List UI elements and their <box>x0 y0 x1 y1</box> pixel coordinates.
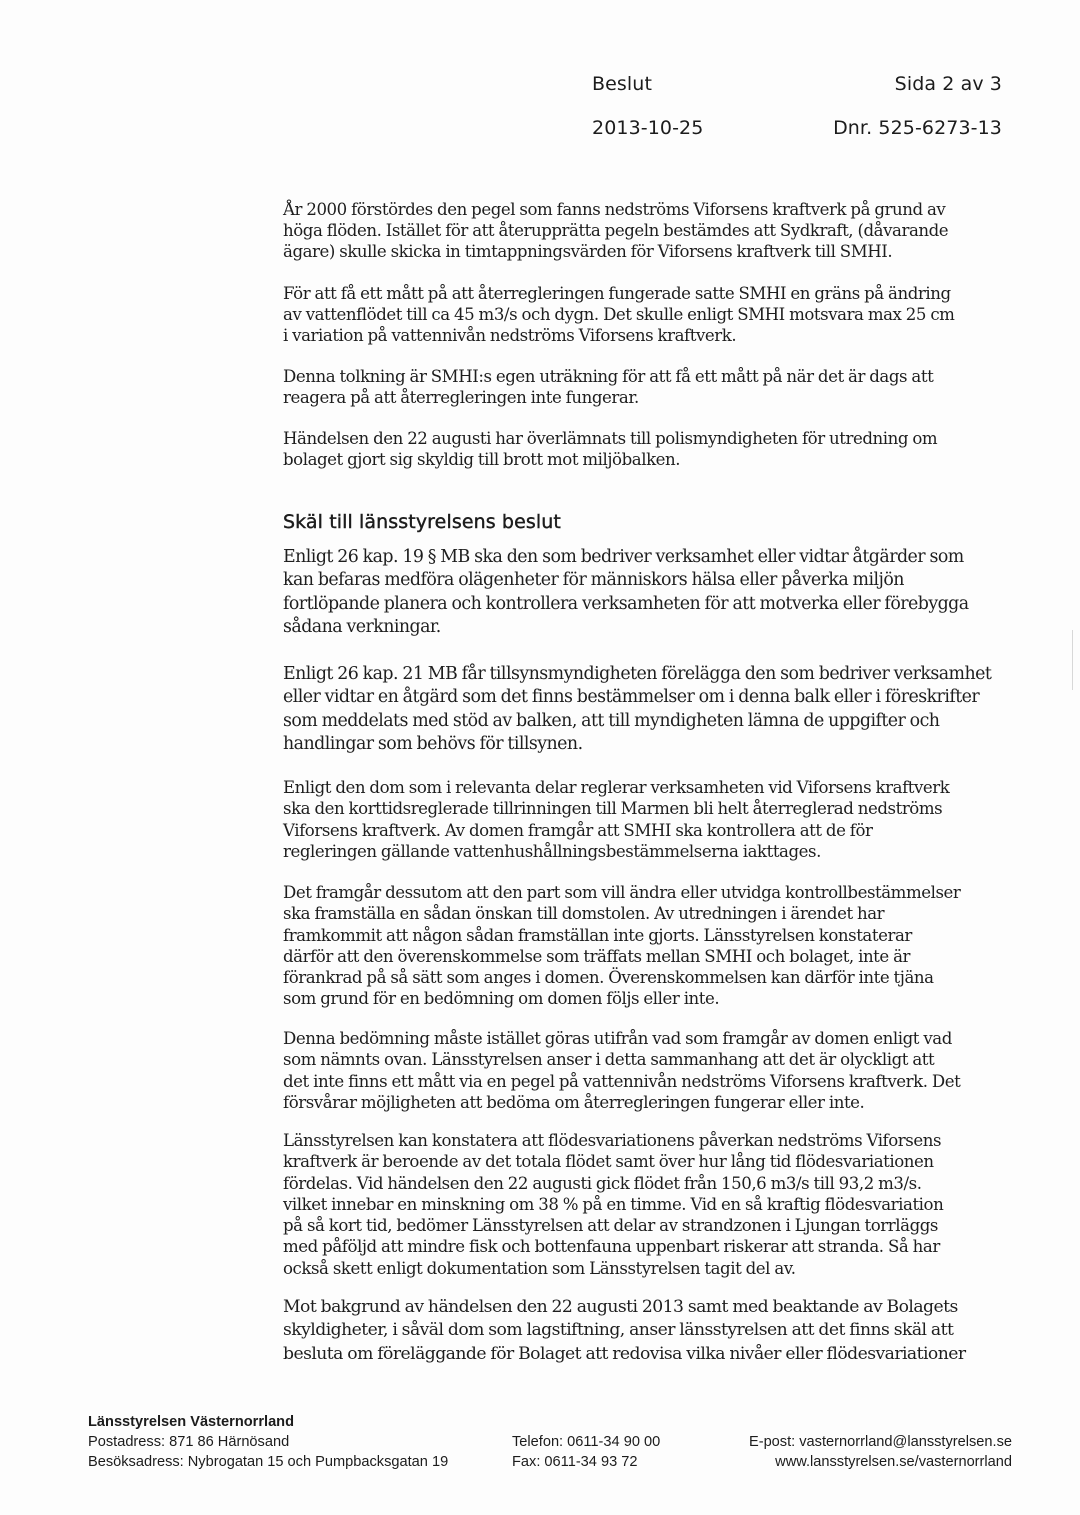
footer-email: E-post: vasternorrland@lansstyrelsen.se <box>749 1432 1012 1452</box>
footer-contact-web-block: E-post: vasternorrland@lansstyrelsen.se … <box>749 1432 1012 1472</box>
footer-address-block: Länsstyrelsen Västernorrland Postadress:… <box>88 1412 448 1472</box>
document-type: Beslut <box>592 73 652 95</box>
intro-paragraph-1: År 2000 förstördes den pegel som fanns n… <box>283 199 1003 263</box>
scan-artifact-line <box>1072 630 1073 690</box>
paragraph-text: För att få ett mått på att återreglering… <box>283 283 1003 347</box>
paragraph-text: Enligt 26 kap. 21 MB får tillsynsmyndigh… <box>283 663 1003 757</box>
paragraph-text: Länsstyrelsen kan konstatera att flödesv… <box>283 1130 1003 1279</box>
document-reference-number: Dnr. 525-6273-13 <box>833 117 1002 139</box>
section-paragraph-7: Mot bakgrund av händelsen den 22 augusti… <box>283 1296 1003 1366</box>
section-paragraph-5: Denna bedömning måste istället göras uti… <box>283 1028 1003 1113</box>
paragraph-text: År 2000 förstördes den pegel som fanns n… <box>283 199 1003 263</box>
intro-paragraph-2: För att få ett mått på att återreglering… <box>283 283 1003 347</box>
section-heading: Skäl till länsstyrelsens beslut <box>283 511 561 533</box>
footer-postal-address: Postadress: 871 86 Härnösand <box>88 1432 448 1452</box>
section-paragraph-1: Enligt 26 kap. 19 § MB ska den som bedri… <box>283 546 1003 640</box>
intro-paragraph-3: Denna tolkning är SMHI:s egen uträkning … <box>283 366 1003 408</box>
paragraph-text: Mot bakgrund av händelsen den 22 augusti… <box>283 1296 1003 1366</box>
paragraph-text: Denna tolkning är SMHI:s egen uträkning … <box>283 366 1003 408</box>
paragraph-text: Denna bedömning måste istället göras uti… <box>283 1028 1003 1113</box>
footer-contact-phone-block: Telefon: 0611-34 90 00 Fax: 0611-34 93 7… <box>512 1432 660 1472</box>
page-indicator: Sida 2 av 3 <box>895 73 1002 95</box>
paragraph-text: Enligt den dom som i relevanta delar reg… <box>283 777 1003 862</box>
footer-visiting-address: Besöksadress: Nybrogatan 15 och Pumpback… <box>88 1452 448 1472</box>
section-paragraph-3: Enligt den dom som i relevanta delar reg… <box>283 777 1003 862</box>
footer-website: www.lansstyrelsen.se/vasternorrland <box>749 1452 1012 1472</box>
section-paragraph-6: Länsstyrelsen kan konstatera att flödesv… <box>283 1130 1003 1279</box>
paragraph-text: Enligt 26 kap. 19 § MB ska den som bedri… <box>283 546 1003 640</box>
paragraph-text: Det framgår dessutom att den part som vi… <box>283 882 1003 1010</box>
footer-fax: Fax: 0611-34 93 72 <box>512 1452 660 1472</box>
footer-phone: Telefon: 0611-34 90 00 <box>512 1432 660 1452</box>
section-paragraph-4: Det framgår dessutom att den part som vi… <box>283 882 1003 1010</box>
intro-paragraph-4: Händelsen den 22 augusti har överlämnats… <box>283 428 1003 470</box>
paragraph-text: Händelsen den 22 augusti har överlämnats… <box>283 428 1003 470</box>
footer-organization: Länsstyrelsen Västernorrland <box>88 1412 448 1432</box>
section-paragraph-2: Enligt 26 kap. 21 MB får tillsynsmyndigh… <box>283 663 1003 757</box>
document-page: Beslut Sida 2 av 3 2013-10-25 Dnr. 525-6… <box>0 0 1080 1515</box>
document-date: 2013-10-25 <box>592 117 703 139</box>
